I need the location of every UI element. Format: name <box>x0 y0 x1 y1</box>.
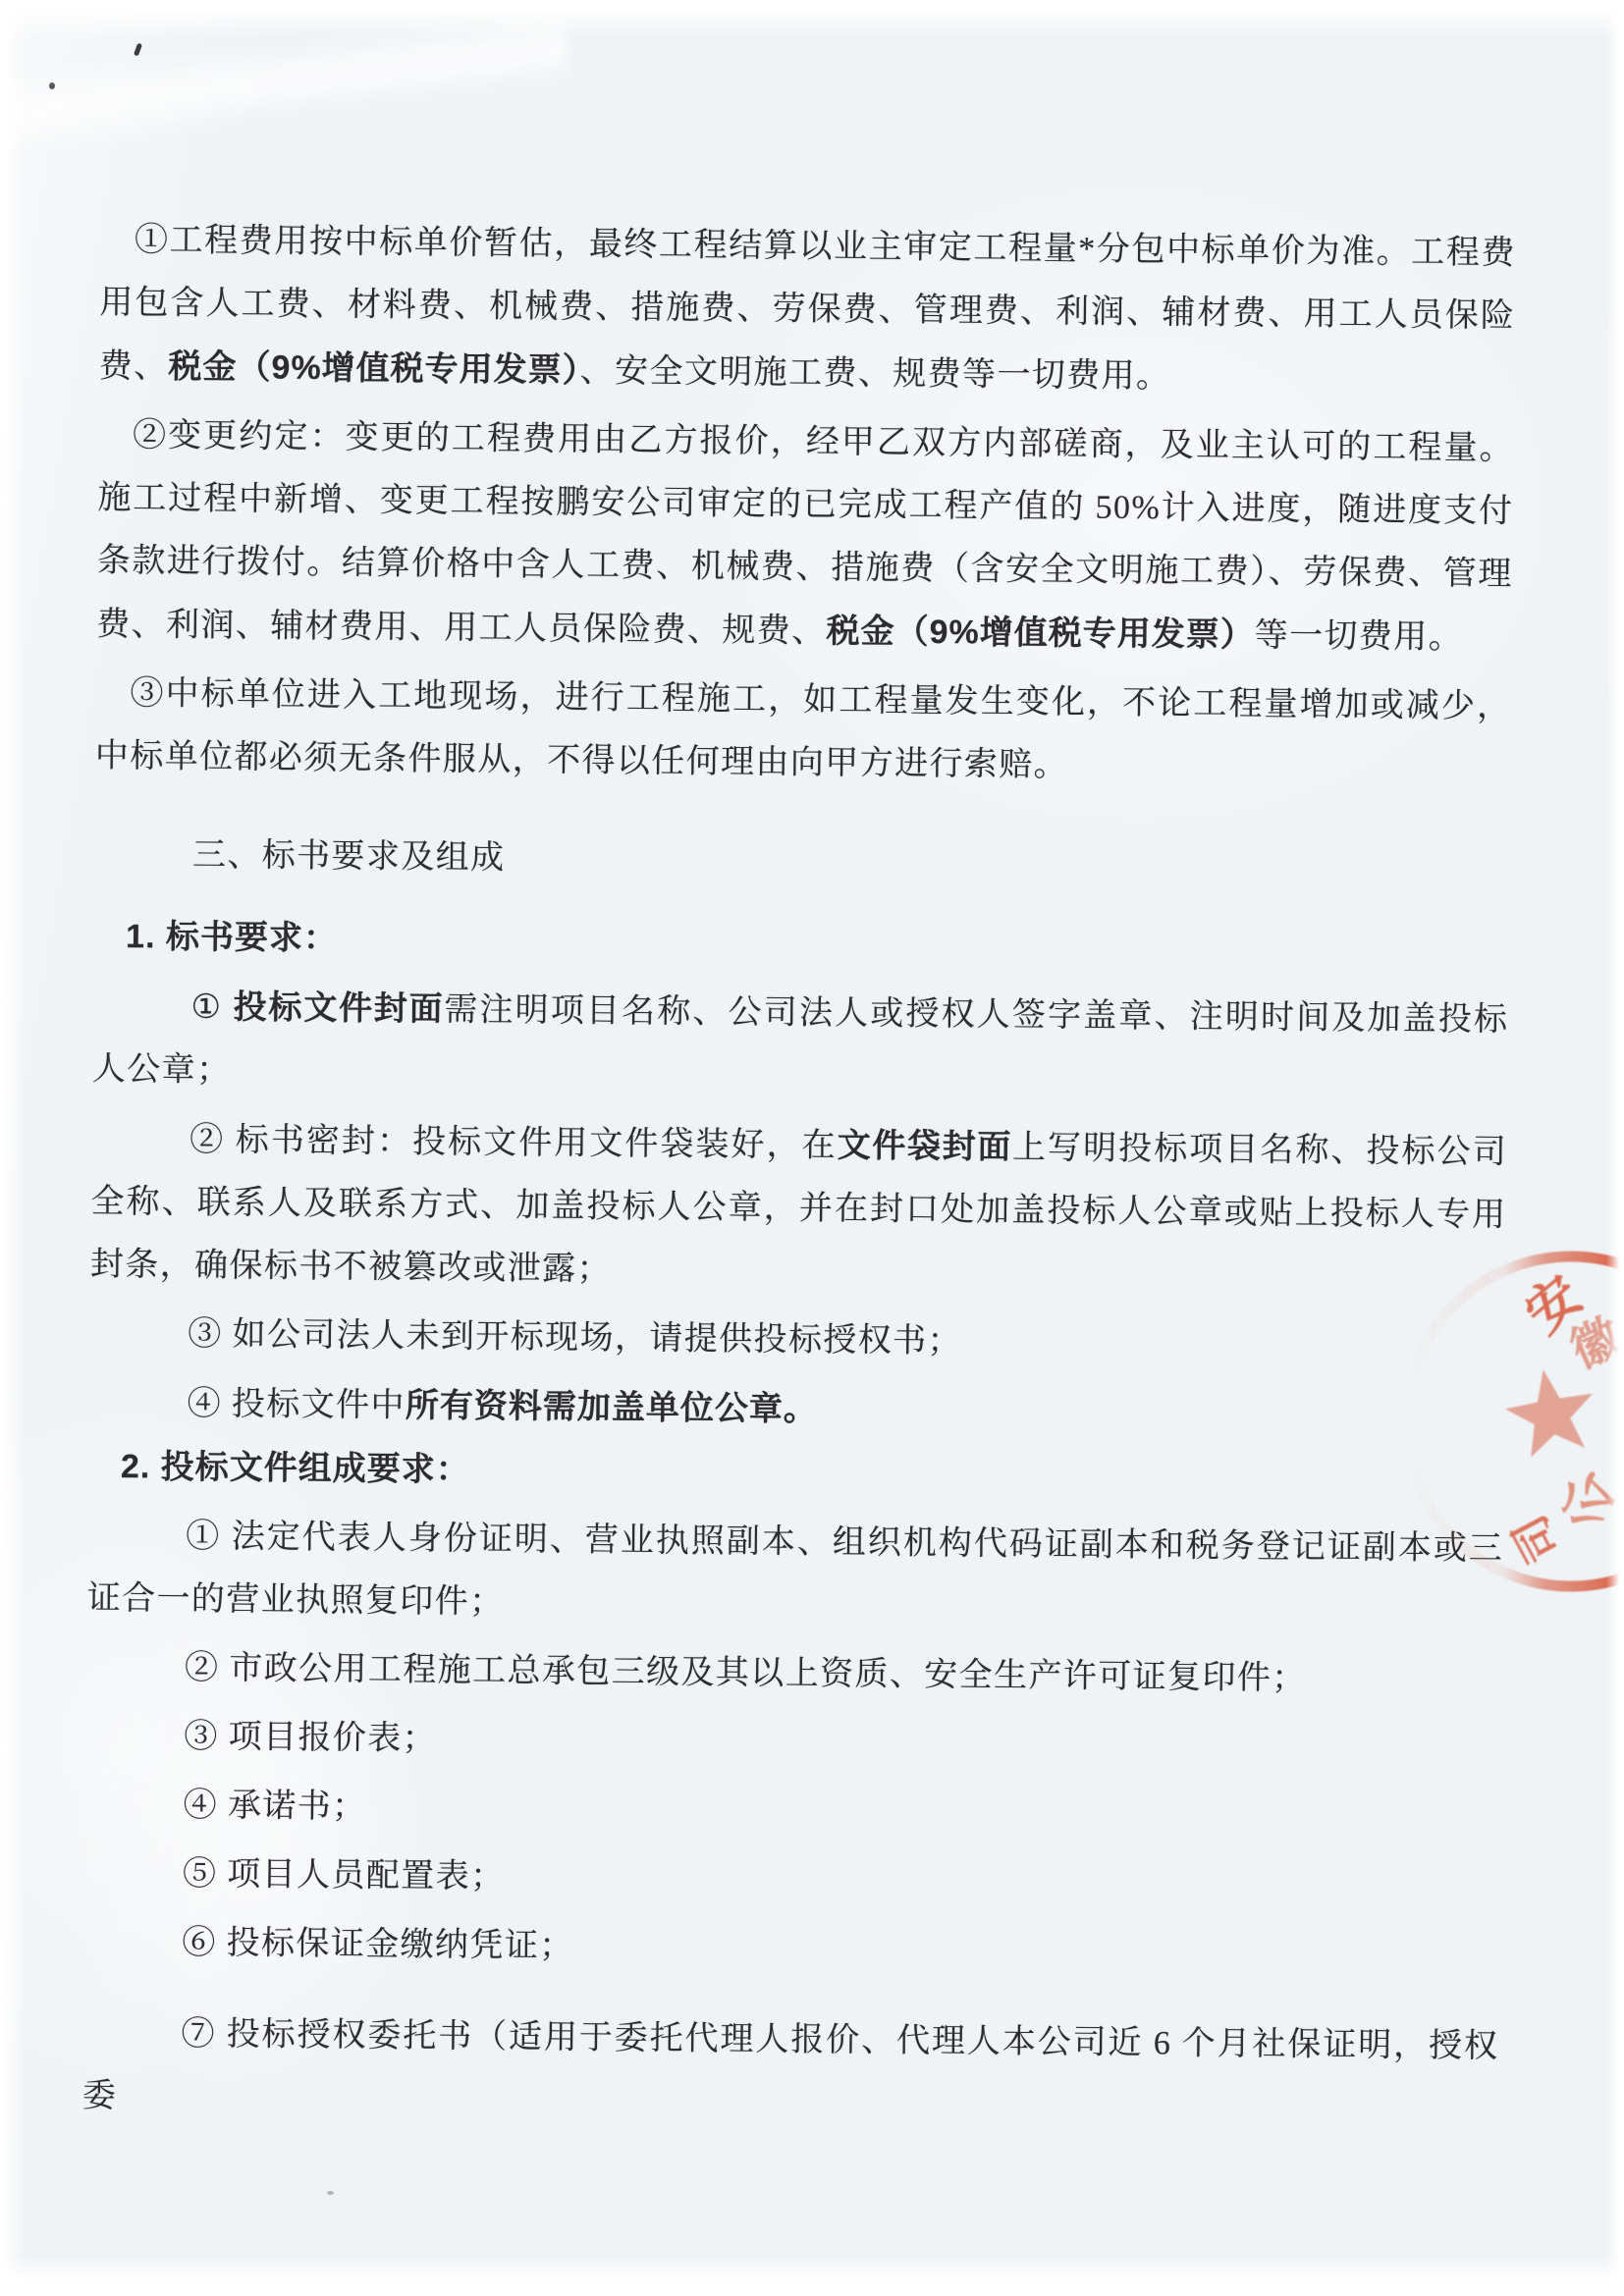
emphasis-text: 1. 标书要求： <box>126 918 338 957</box>
scan-speck <box>49 82 55 89</box>
body-text: ④ 承诺书； <box>183 1788 366 1826</box>
body-text: ④ 投标文件中 <box>187 1386 406 1424</box>
item-commitment-letter: ④ 承诺书； <box>84 1774 1501 1850</box>
item-quotation-form: ③ 项目报价表； <box>85 1705 1502 1782</box>
scan-speck <box>327 2191 334 2195</box>
body-text: ③中标单位进入工地现场，进行工程施工，如工程量发生变化，不论工程量增加或减少，中… <box>95 675 1512 783</box>
paragraph-project-cost: ①工程费用按中标单价暂估，最终工程结算以业主审定工程量*分包中标单价为准。工程费… <box>98 209 1516 412</box>
scanned-document-page: ①工程费用按中标单价暂估，最终工程结算以业主审定工程量*分包中标单价为准。工程费… <box>0 0 1624 2296</box>
item-bid-cover: ① 投标文件封面需注明项目名称、公司法人或授权人签字盖章、注明时间及加盖投标人公… <box>92 975 1509 1115</box>
body-text: 三、标书要求及组成 <box>192 837 506 877</box>
seal-char-gong: 公 <box>1548 1462 1624 1539</box>
body-text: ① <box>190 989 234 1026</box>
body-text: ②变更约定：变更的工程费用由乙方报价，经甲乙双方内部磋商，及业主认可的工程量。施… <box>96 417 1514 650</box>
seal-star-icon <box>1499 1365 1596 1465</box>
emphasis-text: 税金（9%增值税专用发票） <box>826 613 1254 654</box>
body-text: ③ 如公司法人未到开标现场，请提供投标授权书； <box>188 1316 962 1361</box>
emphasis-text: 投标文件封面 <box>234 988 445 1028</box>
emphasis-text: 文件袋封面 <box>838 1127 1013 1166</box>
scan-edge-bottom <box>0 2255 1624 2296</box>
company-seal-stamp: 安 徽 公 司 <box>1355 1205 1624 1637</box>
item-staffing-table: ⑤ 项目人员配置表； <box>84 1842 1501 1919</box>
body-text: 等一切费用。 <box>1255 617 1464 656</box>
seal-graphic: 安 徽 公 司 <box>1355 1205 1624 1637</box>
paragraph-change-agreement: ②变更约定：变更的工程费用由乙方报价，经甲乙双方内部磋商，及业主认可的工程量。施… <box>96 404 1514 670</box>
body-text: ③ 项目报价表； <box>184 1719 437 1757</box>
subheading-bid-requirements: 1. 标书要求： <box>93 905 1510 983</box>
item-bid-sealing: ② 标书密封：投标文件用文件袋装好，在文件袋封面上写明投标项目名称、投标公司全称… <box>90 1107 1508 1310</box>
emphasis-text: 2. 投标文件组成要求： <box>121 1448 470 1488</box>
emphasis-text: 税金（9%增值税专用发票） <box>168 348 579 390</box>
emphasis-text: 所有资料需加盖单位公章。 <box>406 1387 818 1428</box>
body-text: ⑦ 投标授权委托书（适用于委托代理人报价、代理人本公司近 6 个月社保证明，授权… <box>82 2016 1499 2114</box>
seal-char-si: 司 <box>1503 1507 1570 1571</box>
body-text: ② 标书密封：投标文件用文件袋装好，在 <box>189 1122 838 1164</box>
item-power-of-attorney: ⑦ 投标授权委托书（适用于委托代理人报价、代理人本公司近 6 个月社保证明，授权… <box>81 2002 1498 2142</box>
document-body: ①工程费用按中标单价暂估，最终工程结算以业主审定工程量*分包中标单价为准。工程费… <box>0 0 1624 2143</box>
body-text: ① 法定代表人身份证明、营业执照副本、组织机构代码证副本和税务登记证副本或三证合… <box>86 1519 1503 1621</box>
paragraph-site-entry: ③中标单位进入工地现场，进行工程施工，如工程量发生变化，不论工程量增加或减少，中… <box>95 663 1512 802</box>
body-text: ② 市政公用工程施工总承包三级及其以上资质、安全生产许可证复印件； <box>185 1650 1307 1697</box>
body-text: ⑤ 项目人员配置表； <box>183 1856 506 1896</box>
item-bid-bond: ⑥ 投标保证金缴纳凭证； <box>83 1911 1500 1988</box>
body-text: 、安全文明施工费、规费等一切费用。 <box>579 353 1170 396</box>
subheading-bid-composition: 2. 投标文件组成要求： <box>88 1435 1505 1513</box>
item-legal-representative: ① 法定代表人身份证明、营业执照副本、组织机构代码证副本和税务登记证副本或三证合… <box>86 1505 1503 1644</box>
item-authorization-letter: ③ 如公司法人未到开标现场，请提供投标授权书； <box>89 1303 1506 1379</box>
body-text: ⑥ 投标保证金缴纳凭证； <box>182 1925 574 1965</box>
section-heading: 三、标书要求及组成 <box>94 824 1511 900</box>
item-qualification: ② 市政公用工程施工总承包三级及其以上资质、安全生产许可证复印件； <box>86 1636 1503 1713</box>
